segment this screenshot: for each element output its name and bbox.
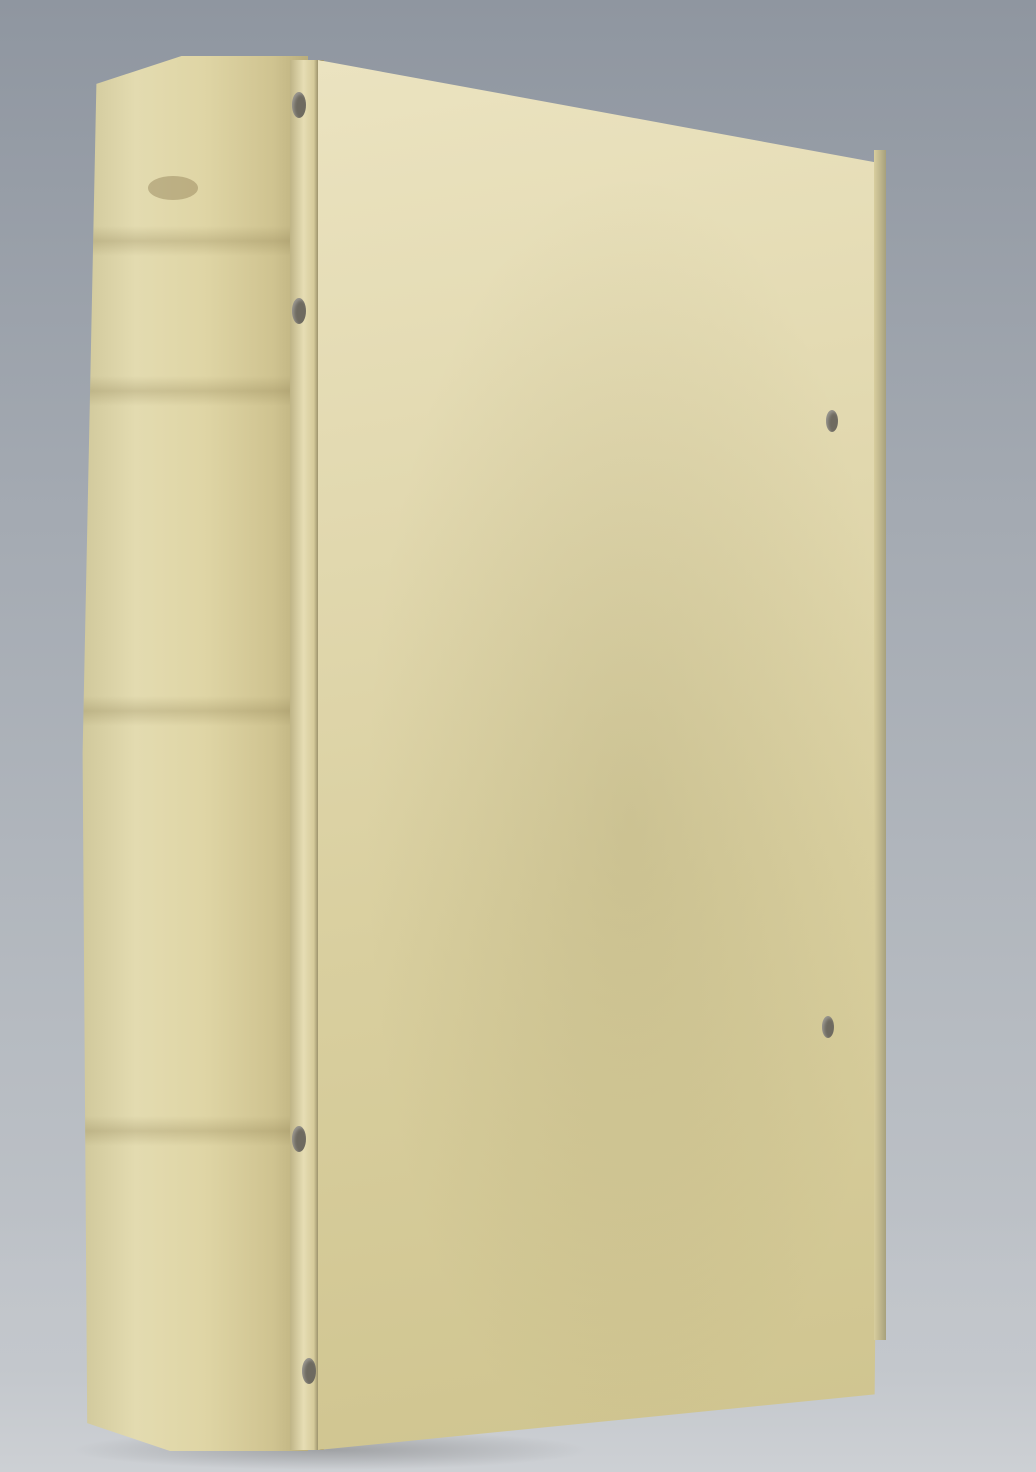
tie-thong-spine <box>292 298 306 324</box>
spine-raised-band <box>78 226 308 256</box>
book-spine <box>78 56 308 1451</box>
cover-fore-edge <box>874 150 886 1340</box>
tie-thong-top <box>292 92 306 118</box>
book-front-cover <box>318 60 886 1450</box>
clasp-hole-upper <box>826 410 838 432</box>
spine-raised-band <box>78 376 308 406</box>
spine-stain <box>148 176 198 200</box>
tie-thong-bottom <box>302 1358 316 1384</box>
spine-raised-band <box>78 1116 308 1146</box>
clasp-hole-lower <box>822 1016 834 1038</box>
spine-raised-band <box>78 696 308 726</box>
tie-thong-spine-lower <box>292 1126 306 1152</box>
photo-scene <box>0 0 1036 1472</box>
